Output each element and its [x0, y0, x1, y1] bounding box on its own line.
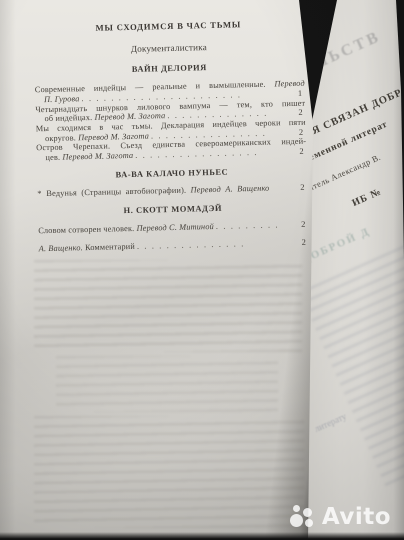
table-of-contents: МЫ СХОДИМСЯ В ЧАС ТЬМЫ Документалистика … [33, 19, 308, 254]
book-section-title: МЫ СХОДИМСЯ В ЧАС ТЬМЫ [33, 19, 303, 35]
avito-watermark: Avito [290, 504, 391, 531]
dot-leader: . . . . . . . . . [216, 220, 300, 232]
dot-leader: . . . . . . . . . . . . . . . [137, 237, 300, 251]
show-through-text-smudge [56, 356, 278, 412]
asterisk-marker: * [37, 190, 46, 200]
toc-translator: Перевод [274, 79, 305, 89]
show-through-text-smudge [34, 260, 302, 352]
toc-text: Словом сотворен человек. [38, 224, 137, 236]
right-page: ТЕЛЬСТВ Я СВЯЗАН ДОБРО временной литерат… [297, 0, 404, 540]
faint-show-through-text: литерату [313, 411, 348, 434]
watermark-label: Avito [322, 504, 391, 531]
right-page-line: ИБ № [351, 186, 384, 209]
toc-translator: Перевод М. Загота [62, 151, 133, 162]
show-through-text-smudge [299, 237, 404, 488]
left-page: МЫ СХОДИМСЯ В ЧАС ТЬМЫ Документалистика … [0, 0, 318, 540]
author-heading-nunez: ВА-ВА КАЛАЧО НУНЬЕС [37, 165, 307, 181]
toc-line: А. Ващенко. Комментарий. . . . . . . . .… [39, 237, 309, 253]
book-photo: МЫ СХОДИМСЯ В ЧАС ТЬМЫ Документалистика … [0, 0, 404, 540]
section-subtitle: Документалистика [34, 40, 304, 56]
avito-logo-icon [290, 504, 317, 531]
page-number: 2 [300, 183, 307, 193]
toc-text: Комментарий [83, 241, 135, 252]
toc-text: цев. [45, 153, 62, 163]
page-number: 1 [298, 89, 305, 99]
right-page-line: Я СВЯЗАН ДОБРО [311, 84, 404, 137]
show-through-text-smudge [34, 416, 304, 528]
toc-translator: Перевод С. Митиной [136, 222, 214, 234]
page-number: 2 [299, 147, 306, 157]
toc-line: Словом сотворен человек. Перевод С. Мити… [38, 220, 308, 236]
page-number: 2 [298, 108, 305, 118]
page-number: 2 [301, 220, 308, 230]
page-number: 2 [299, 127, 306, 137]
page-number: 2 [302, 237, 309, 247]
toc-translator: Перевод А. Ващенко [191, 184, 270, 196]
author-heading-deloria: ВАЙН ДЕЛОРИЯ [34, 61, 304, 77]
toc-text: Ведунья (Страницы автобиографии). [46, 186, 190, 199]
author-heading-momaday: Н. СКОТТ МОМАДЭЙ [38, 202, 308, 218]
toc-line: *Ведунья (Страницы автобиографии). Перев… [37, 183, 307, 199]
spacer [269, 190, 300, 191]
photo-bottom-edge [0, 532, 404, 540]
toc-author: А. Ващенко. [39, 243, 83, 254]
